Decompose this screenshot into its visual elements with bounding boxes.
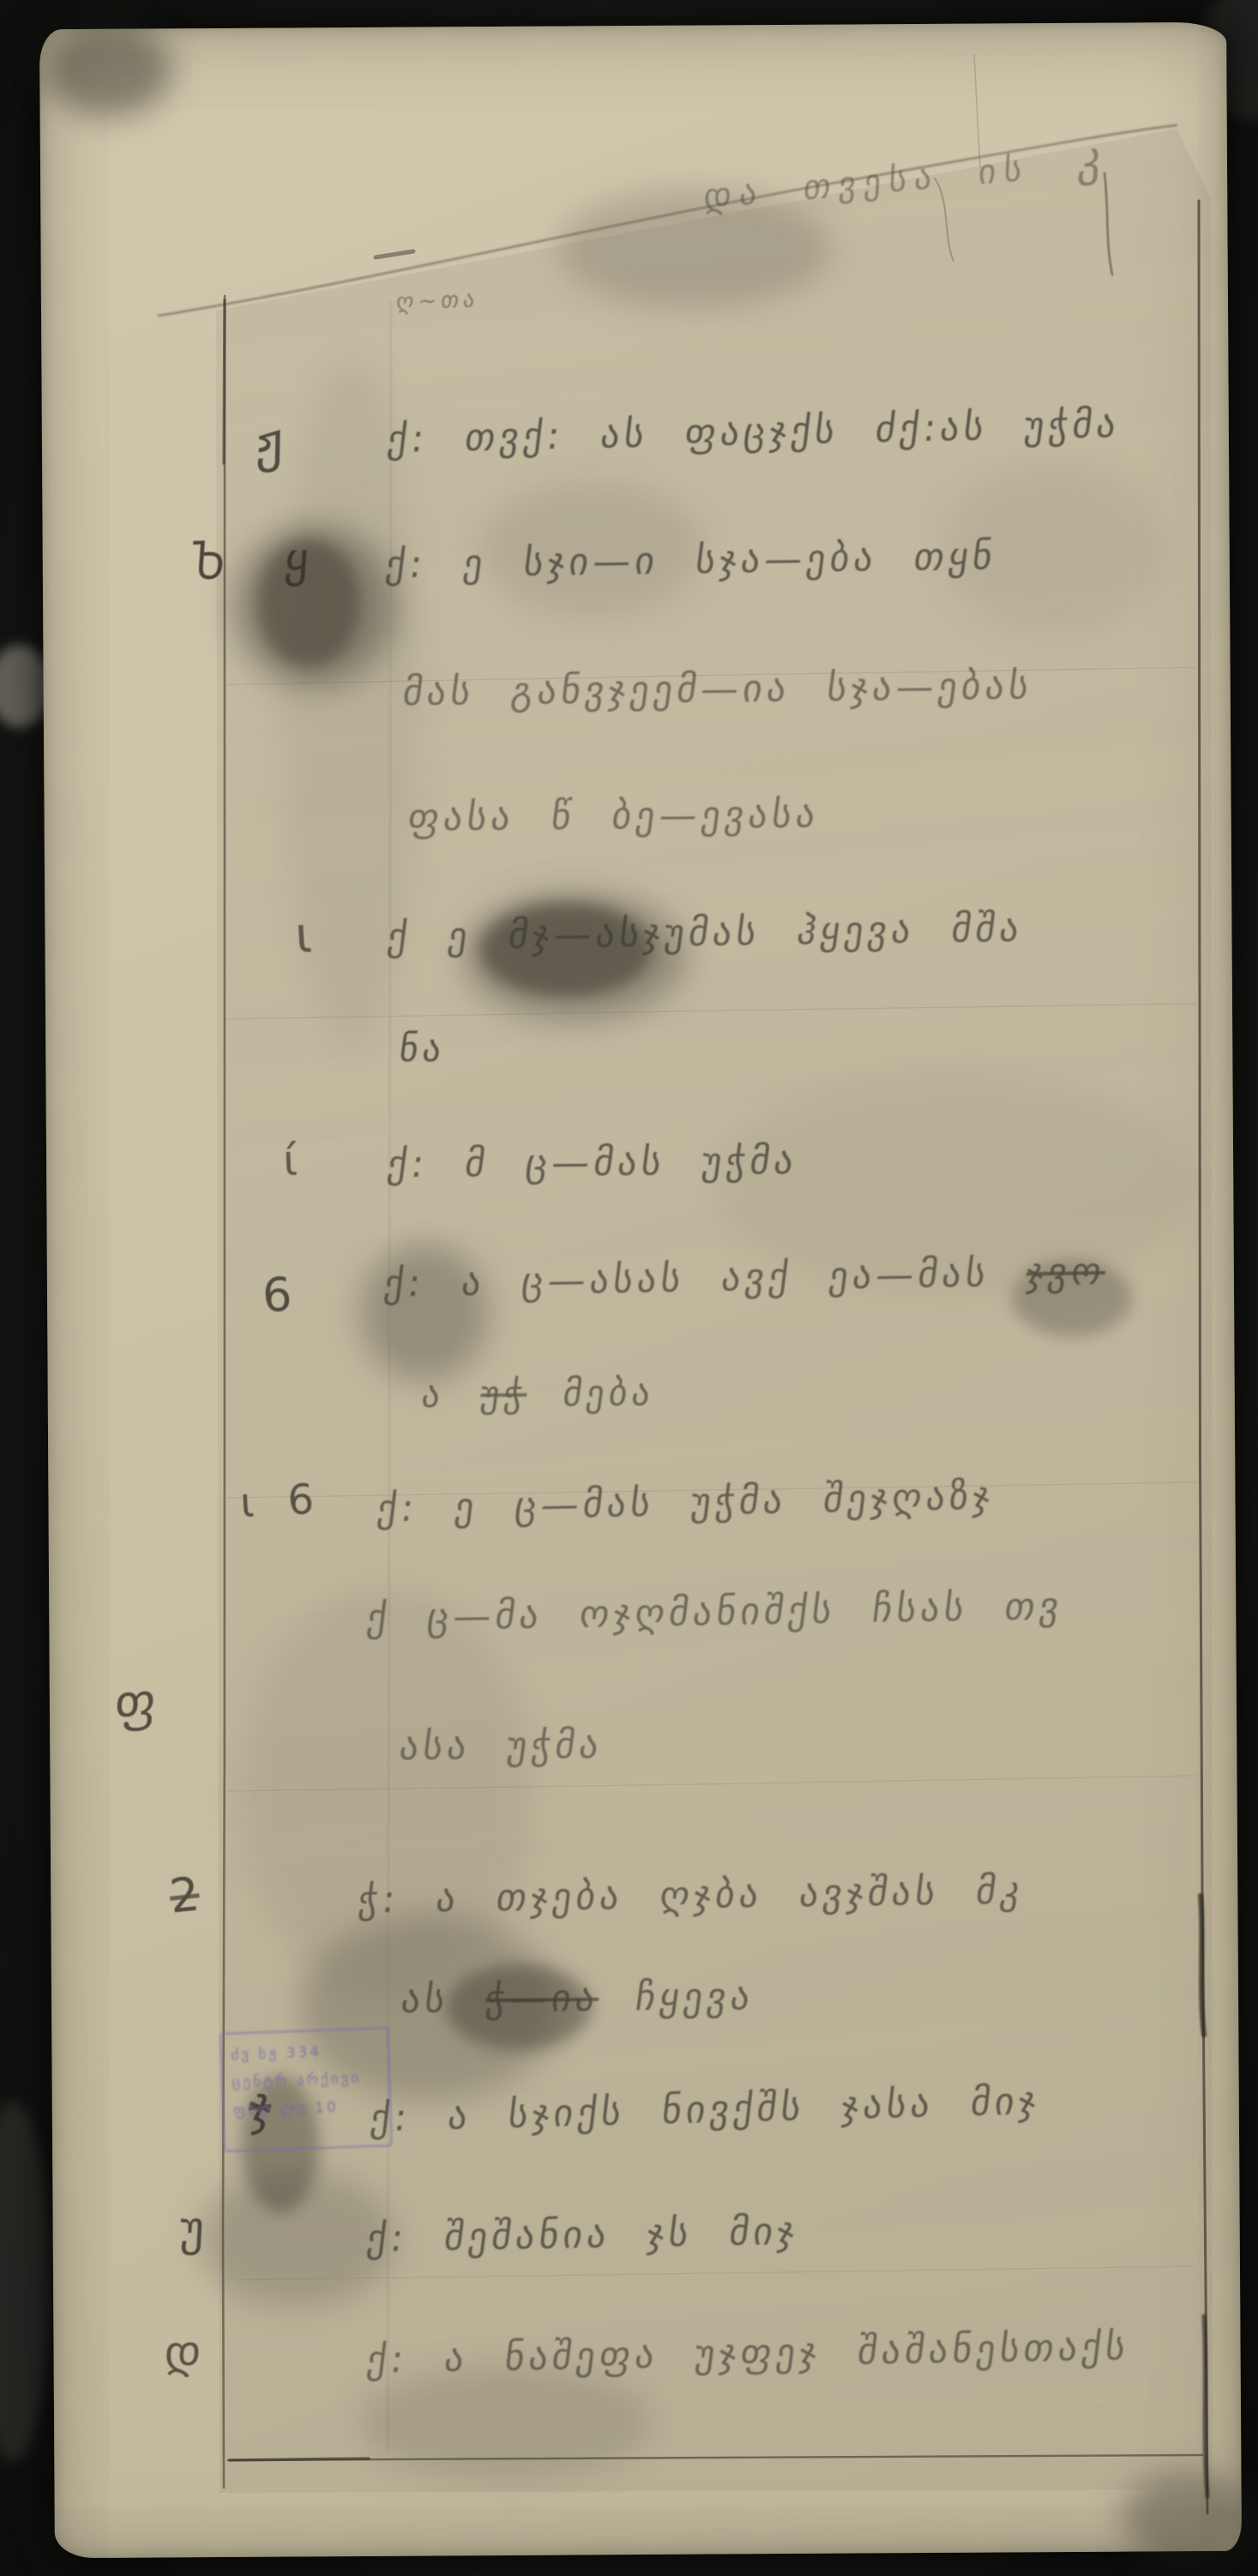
margin-numeral-5: ι: [293, 906, 313, 965]
line-text: ა: [419, 1373, 484, 1416]
fold-line: [227, 2266, 1196, 2280]
fold-line: [227, 1004, 1196, 1019]
margin-numeral-1: ჟ: [255, 408, 283, 474]
line-text: ასა უჭმა: [397, 1723, 606, 1769]
manuscript-line-3: მას განვჯეემ—ია სჯა—ებას: [400, 664, 1036, 715]
right-border: [1199, 201, 1207, 2513]
margin-numeral-13: 2: [167, 1867, 202, 1923]
manuscript-line-16: ქ: შეშანია ჯს მიჯ: [364, 2210, 802, 2261]
left-border-dark: [224, 300, 225, 463]
manuscript-line-2: ქ: ე სჯი—ი სჯა—ება თყნ: [383, 534, 999, 587]
margin-numeral-2: Ⴆ ყ: [189, 531, 333, 590]
crease-dash: [376, 251, 413, 257]
margin-numeral-8: 6: [261, 1267, 293, 1323]
line-text: ქ ე მჯ—ასჯუმას ჰყევა მშა: [385, 907, 1026, 959]
line-text: ჩყევა: [596, 1975, 757, 2020]
line-text-struck: ჯვო: [1024, 1250, 1108, 1295]
line-text: ფასა წ ბე—ევასა: [406, 793, 822, 840]
margin-numeral-11: ფ: [114, 1671, 157, 1733]
manuscript-photo: და თვესა ისკ ღ~თა ჟ Ⴆ ყ ι ί 6 ι 6 ფ 2 ჯ …: [0, 0, 1258, 2576]
left-border: [223, 296, 225, 2488]
margin-numeral-7: ί: [282, 1136, 298, 1186]
line-text-struck: ჭ—ია: [483, 1976, 602, 2021]
line-text: ქ: შეშანია ჯს მიჯ: [364, 2210, 802, 2261]
line-text: ქ: ე სჯი—ი სჯა—ება თყნ: [383, 534, 999, 587]
line-text: ქ: მ ც—მას უჭმა: [385, 1139, 801, 1186]
header-pen-stroke: [1105, 173, 1112, 274]
line-text: მება: [524, 1372, 657, 1415]
manuscript-line-4: ფასა წ ბე—ევასა: [406, 793, 822, 840]
archive-stamp-line: ფნდ ლვ 10: [232, 2091, 384, 2124]
invocation-mark: ღ~თა: [395, 287, 479, 315]
fold-line: [227, 1776, 1196, 1791]
manuscript-line-6: ნა: [397, 1028, 448, 1070]
archive-stamp: ძვ სჟ 334 ცენტრ არქივი ფნდ ლვ 10: [220, 2027, 394, 2153]
line-text: ნა: [397, 1028, 448, 1070]
right-border-ink: [1201, 1896, 1204, 2035]
bottom-border-dash: [230, 2458, 369, 2460]
line-text: მას განვჯეემ—ია სჯა—ებას: [400, 664, 1036, 715]
right-border-ink: [1204, 2316, 1207, 2496]
manuscript-line-9: ა უჭ მება: [419, 1372, 658, 1415]
manuscript-line-7: ქ: მ ც—მას უჭმა: [385, 1139, 801, 1186]
line-text-struck: უჭ: [478, 1372, 529, 1415]
manuscript-line-12: ასა უჭმა: [397, 1723, 606, 1769]
margin-numeral-17: დ: [163, 2326, 203, 2379]
page-numeral: კ: [1076, 130, 1111, 187]
manuscript-line-13: ჭ: ა თჯება ღჯბა ავჯშას მკ: [356, 1869, 1026, 1922]
bottom-border: [228, 2455, 1202, 2460]
manuscript-line-14: ას ჭ—ია ჩყევა: [399, 1975, 757, 2022]
line-text: ას: [399, 1977, 489, 2022]
line-text: ჭ: ა თჯება ღჯბა ავჯშას მკ: [356, 1869, 1026, 1922]
margin-numeral-10: ι 6: [239, 1475, 326, 1527]
manuscript-line-5: ქ ე მჯ—ასჯუმას ჰყევა მშა: [385, 907, 1026, 959]
margin-numeral-16: უ: [178, 2200, 205, 2256]
